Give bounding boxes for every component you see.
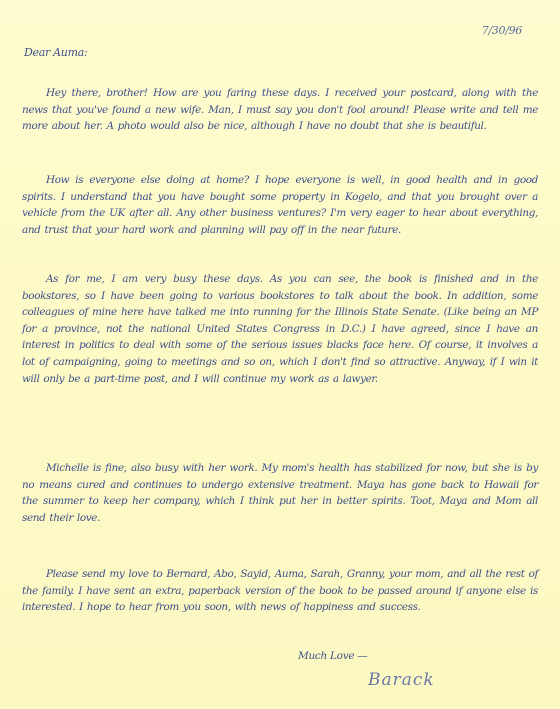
salutation: Dear Auma:	[24, 46, 87, 59]
paragraph-2: How is everyone else doing at home? I ho…	[22, 172, 538, 238]
closing: Much Love —	[298, 650, 367, 662]
signature: Barack	[368, 670, 435, 690]
handwritten-letter: 7/30/96 Dear Auma: Hey there, brother! H…	[0, 0, 560, 709]
letter-date: 7/30/96	[482, 24, 522, 37]
paragraph-1: Hey there, brother! How are you faring t…	[22, 85, 538, 135]
paragraph-5: Please send my love to Bernard, Abo, Say…	[22, 566, 538, 616]
paragraph-3: As for me, I am very busy these days. As…	[22, 271, 538, 387]
paragraph-4: Michelle is fine, also busy with her wor…	[22, 460, 538, 526]
